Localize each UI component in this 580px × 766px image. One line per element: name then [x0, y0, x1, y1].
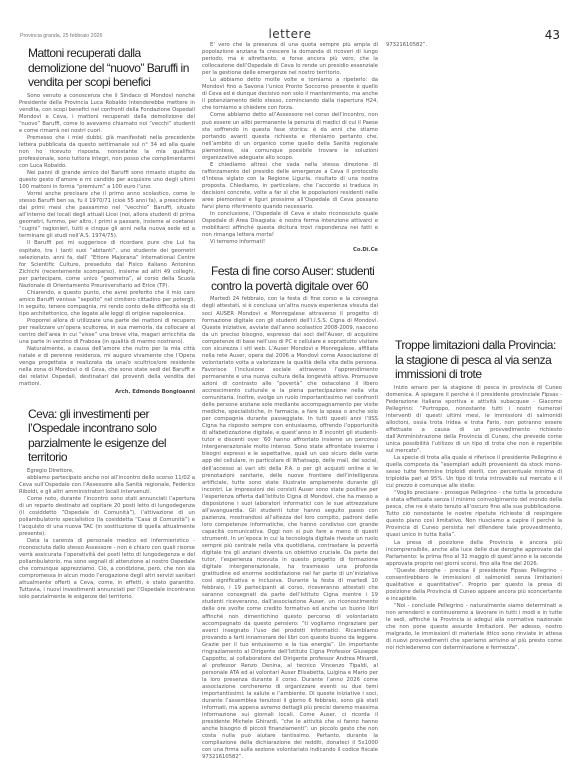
page-header: Provincia granda, 25 febbraio 2026 lette… — [0, 0, 580, 42]
article-paragraph: E’ vero che la presenza di una quota sem… — [202, 42, 378, 77]
article-paragraph: Vorrei anche precisare che il primo anno… — [19, 191, 195, 240]
article-title: Ceva: gli investimenti per l’Ospedale in… — [28, 407, 195, 465]
article-paragraph: Proporrei allora di utilizzare una parte… — [19, 318, 195, 346]
article-paragraph: Chiarendo, a questo punto, che avrei pre… — [19, 290, 195, 318]
article-title: Mattoni recuperati dalla demolizione del… — [28, 46, 195, 90]
article-paragraph: Nei panni di grande amico del Baruffi so… — [19, 170, 195, 191]
article-paragraph: Martedì 24 febbraio, con la festa di fin… — [202, 296, 378, 758]
article-paragraph: Il Baruffi poi mi suggerisce di ricordar… — [19, 240, 195, 289]
article-paragraph: “Noi - conclude Pellegrino - naturalment… — [386, 603, 562, 652]
article-paragraph: In conclusione, l’Ospedale di Ceva è sta… — [202, 211, 378, 239]
article-paragraph: “Voglio precisare - prosegue Pellegrino … — [386, 490, 562, 539]
article-ceva-ospedale: Ceva: gli investimenti per l’Ospedale in… — [19, 407, 195, 602]
article-paragraph: Inizio amaro per la stagione di pesca in… — [386, 385, 562, 455]
column-1: Mattoni recuperati dalla demolizione del… — [19, 42, 195, 758]
article-paragraph: Premesso che i miei dubbi, già manifesta… — [19, 135, 195, 170]
column-2: E’ vero che la presenza di una quota sem… — [202, 42, 378, 758]
article-paragraph: La specie di trota alla quale si riferis… — [386, 455, 562, 490]
article-signature: Arch. Edmondo Bongioanni — [19, 389, 195, 396]
article-ceva-ospedale-continued: E’ vero che la presenza di una quota sem… — [202, 42, 378, 254]
article-title: Troppe limitazioni dalla Provincia: la s… — [395, 338, 562, 382]
article-paragraph: Come abbiamo detto all’Assessore nel cor… — [202, 112, 378, 161]
article-paragraph: abbiamo partecipato anche noi all’incont… — [19, 475, 195, 496]
article-salutation: Egregio Direttore, — [19, 468, 195, 475]
article-paragraph: Naturalmente, a causa dell’amore che nut… — [19, 346, 195, 388]
article-paragraph: “Queste deroghe - precisa il presidente … — [386, 568, 562, 603]
article-signature: Co.Di.Ce — [202, 247, 378, 254]
article-pesca-trote: Troppe limitazioni dalla Provincia: la s… — [386, 336, 562, 652]
article-festa-auser: Festa di fine corso Auser: studenti cont… — [202, 264, 378, 758]
article-paragraph: Martedì 24 febbraio, con la festa di fin… — [386, 42, 562, 49]
article-title: Festa di fine corso Auser: studenti cont… — [211, 264, 378, 293]
article-mattoni: Mattoni recuperati dalla demolizione del… — [19, 46, 195, 397]
article-paragraph: La presa di posizione della Provincia è … — [386, 540, 562, 568]
article-paragraph: Vi terremo informati! — [202, 239, 378, 246]
page-number: 43 — [545, 28, 560, 42]
section-title: lettere — [0, 27, 580, 41]
article-festa-auser-continued: Martedì 24 febbraio, con la festa di fin… — [386, 42, 562, 294]
article-paragraph: Come noto, durante l’incontro sono stati… — [19, 496, 195, 538]
article-paragraph: Sono venuto a conoscenza che il Sindaco … — [19, 93, 195, 135]
article-paragraph: E chiediamo altresì che vada nella stess… — [202, 162, 378, 211]
article-paragraph: Data la carenza di personale medico ed i… — [19, 538, 195, 601]
article-paragraph: Lo abbiamo detto molte volte e torniamo … — [202, 77, 378, 112]
